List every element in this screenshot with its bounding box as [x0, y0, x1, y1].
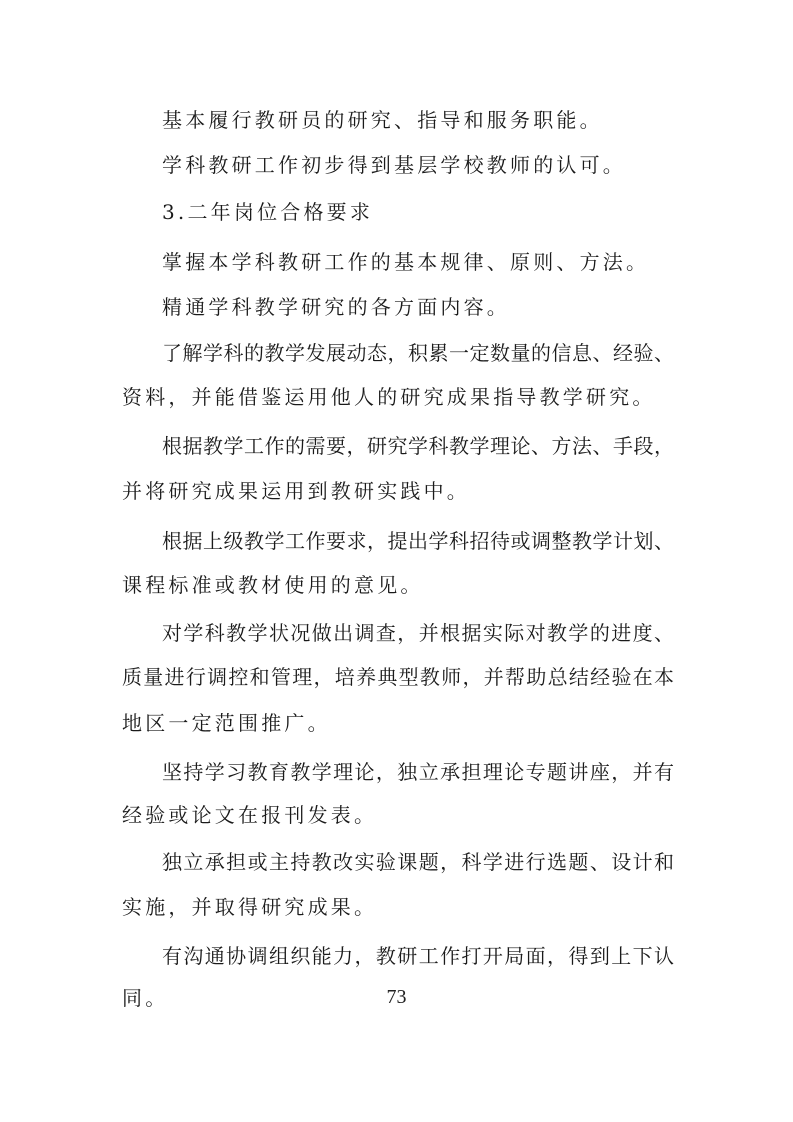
text-line: 经验或论文在报刊发表。	[122, 802, 674, 828]
text-line: 掌握本学科教研工作的基本规律、原则、方法。	[162, 249, 674, 275]
text-line: 3.二年岗位合格要求	[162, 199, 674, 225]
text-line: 实施，并取得研究成果。	[122, 894, 674, 920]
text-line: 学科教研工作初步得到基层学校教师的认可。	[162, 152, 674, 178]
text-line: 并将研究成果运用到教研实践中。	[122, 478, 674, 504]
text-line: 精通学科教学研究的各方面内容。	[162, 294, 674, 320]
text-line: 资料，并能借鉴运用他人的研究成果指导教学研究。	[122, 384, 674, 410]
text-line: 了解学科的教学发展动态，积累一定数量的信息、经验、	[162, 340, 674, 366]
text-line: 根据教学工作的需要，研究学科教学理论、方法、手段，	[162, 433, 674, 459]
text-line: 根据上级教学工作要求，提出学科招待或调整教学计划、	[162, 528, 674, 554]
text-line: 质量进行调控和管理，培养典型教师，并帮助总结经验在本	[122, 664, 674, 690]
text-line: 有沟通协调组织能力，教研工作打开局面，得到上下认	[162, 943, 674, 969]
document-page: 基本履行教研员的研究、指导和服务职能。学科教研工作初步得到基层学校教师的认可。3…	[0, 0, 793, 1122]
text-line: 独立承担或主持教改实验课题，科学进行选题、设计和	[162, 849, 674, 875]
text-line: 基本履行教研员的研究、指导和服务职能。	[162, 107, 674, 133]
page-number: 73	[0, 986, 793, 1009]
text-line: 对学科教学状况做出调查，并根据实际对教学的进度、	[162, 620, 674, 646]
text-line: 课程标准或教材使用的意见。	[122, 572, 674, 598]
text-line: 地区一定范围推广。	[122, 710, 674, 736]
text-line: 坚持学习教育教学理论，独立承担理论专题讲座，并有	[162, 759, 674, 785]
